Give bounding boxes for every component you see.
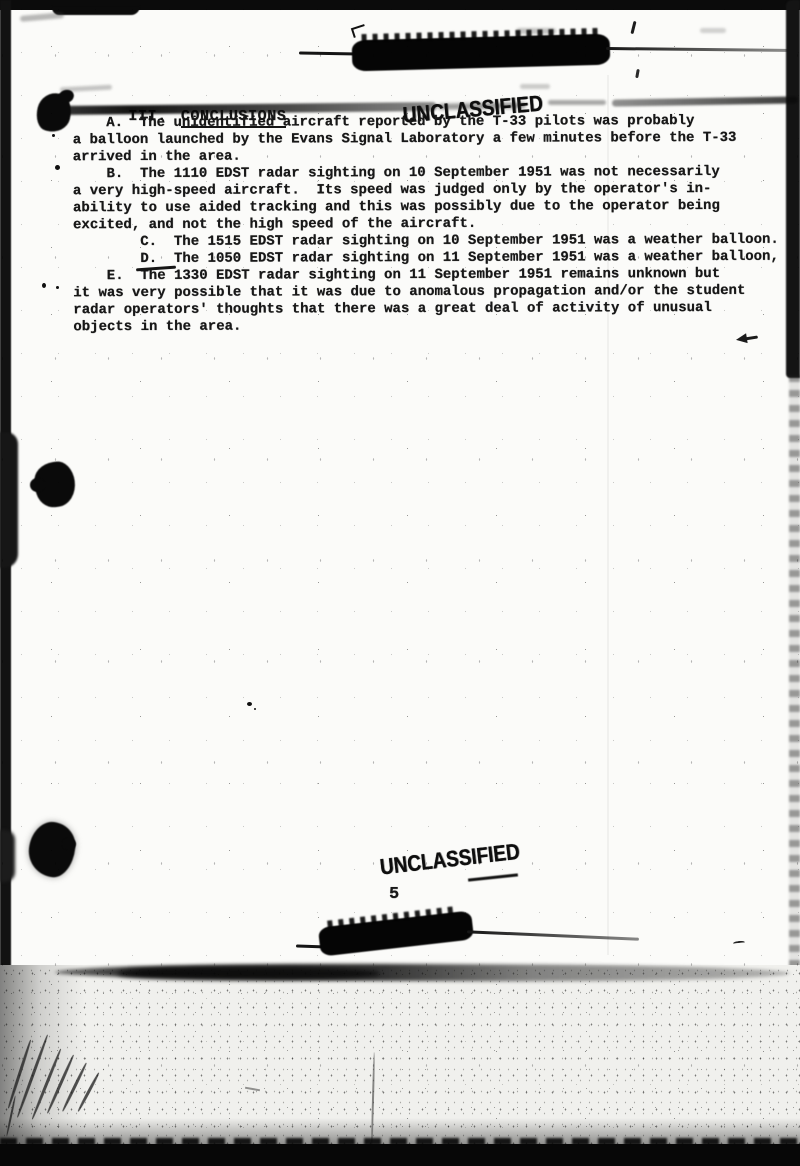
stamp-underline bbox=[468, 873, 518, 881]
scan-edge-left-lump bbox=[0, 830, 15, 882]
ink-speck bbox=[55, 165, 60, 170]
redaction-bar-top bbox=[352, 34, 611, 72]
page-number: 5 bbox=[389, 885, 399, 904]
ink-streak bbox=[548, 100, 606, 105]
page-edge-shadow-lump bbox=[118, 967, 380, 980]
document-body: A. The unidentified aircraft reported by… bbox=[73, 113, 764, 336]
pen-tick-mark bbox=[635, 69, 639, 78]
scan-edge-left-wide bbox=[0, 432, 18, 568]
pen-tilde-mark bbox=[733, 940, 745, 945]
strikethrough-line bbox=[606, 47, 796, 52]
ink-streak bbox=[612, 96, 798, 106]
redaction-bar-bottom bbox=[318, 910, 474, 956]
ink-speck bbox=[247, 702, 252, 706]
paragraph-e: E. The 1330 EDST radar sighting on 11 Se… bbox=[73, 266, 763, 336]
paragraph-a: A. The unidentified aircraft reported by… bbox=[73, 113, 763, 166]
paragraph-b: B. The 1110 EDST radar sighting on 10 Se… bbox=[73, 164, 763, 234]
left-arrow-icon bbox=[735, 331, 761, 347]
redacted-text-remnants bbox=[327, 906, 459, 929]
scanned-document-page: III.CONCLUSIONS UNCLASSIFIED A. The unid… bbox=[0, 0, 800, 1166]
ink-speck bbox=[52, 134, 55, 137]
redacted-text-remnants bbox=[361, 28, 597, 42]
smudge-mark bbox=[700, 28, 726, 33]
scan-edge-right bbox=[786, 0, 800, 378]
ink-speck bbox=[56, 286, 59, 289]
scan-edge-right-faint bbox=[789, 375, 800, 967]
ink-blob bbox=[62, 838, 76, 850]
smudge-mark bbox=[520, 84, 550, 89]
ink-blob bbox=[30, 478, 45, 492]
scan-edge-bottom bbox=[0, 1144, 800, 1166]
scanner-bed-area bbox=[0, 965, 800, 1146]
strikethrough-line bbox=[299, 51, 359, 55]
strikethrough-line bbox=[467, 930, 639, 940]
pen-tick-mark bbox=[630, 21, 636, 34]
scan-edge-top-lump bbox=[52, 6, 140, 15]
smudge-mark bbox=[20, 12, 64, 22]
ink-speck bbox=[42, 283, 46, 288]
ink-speck bbox=[254, 708, 256, 710]
